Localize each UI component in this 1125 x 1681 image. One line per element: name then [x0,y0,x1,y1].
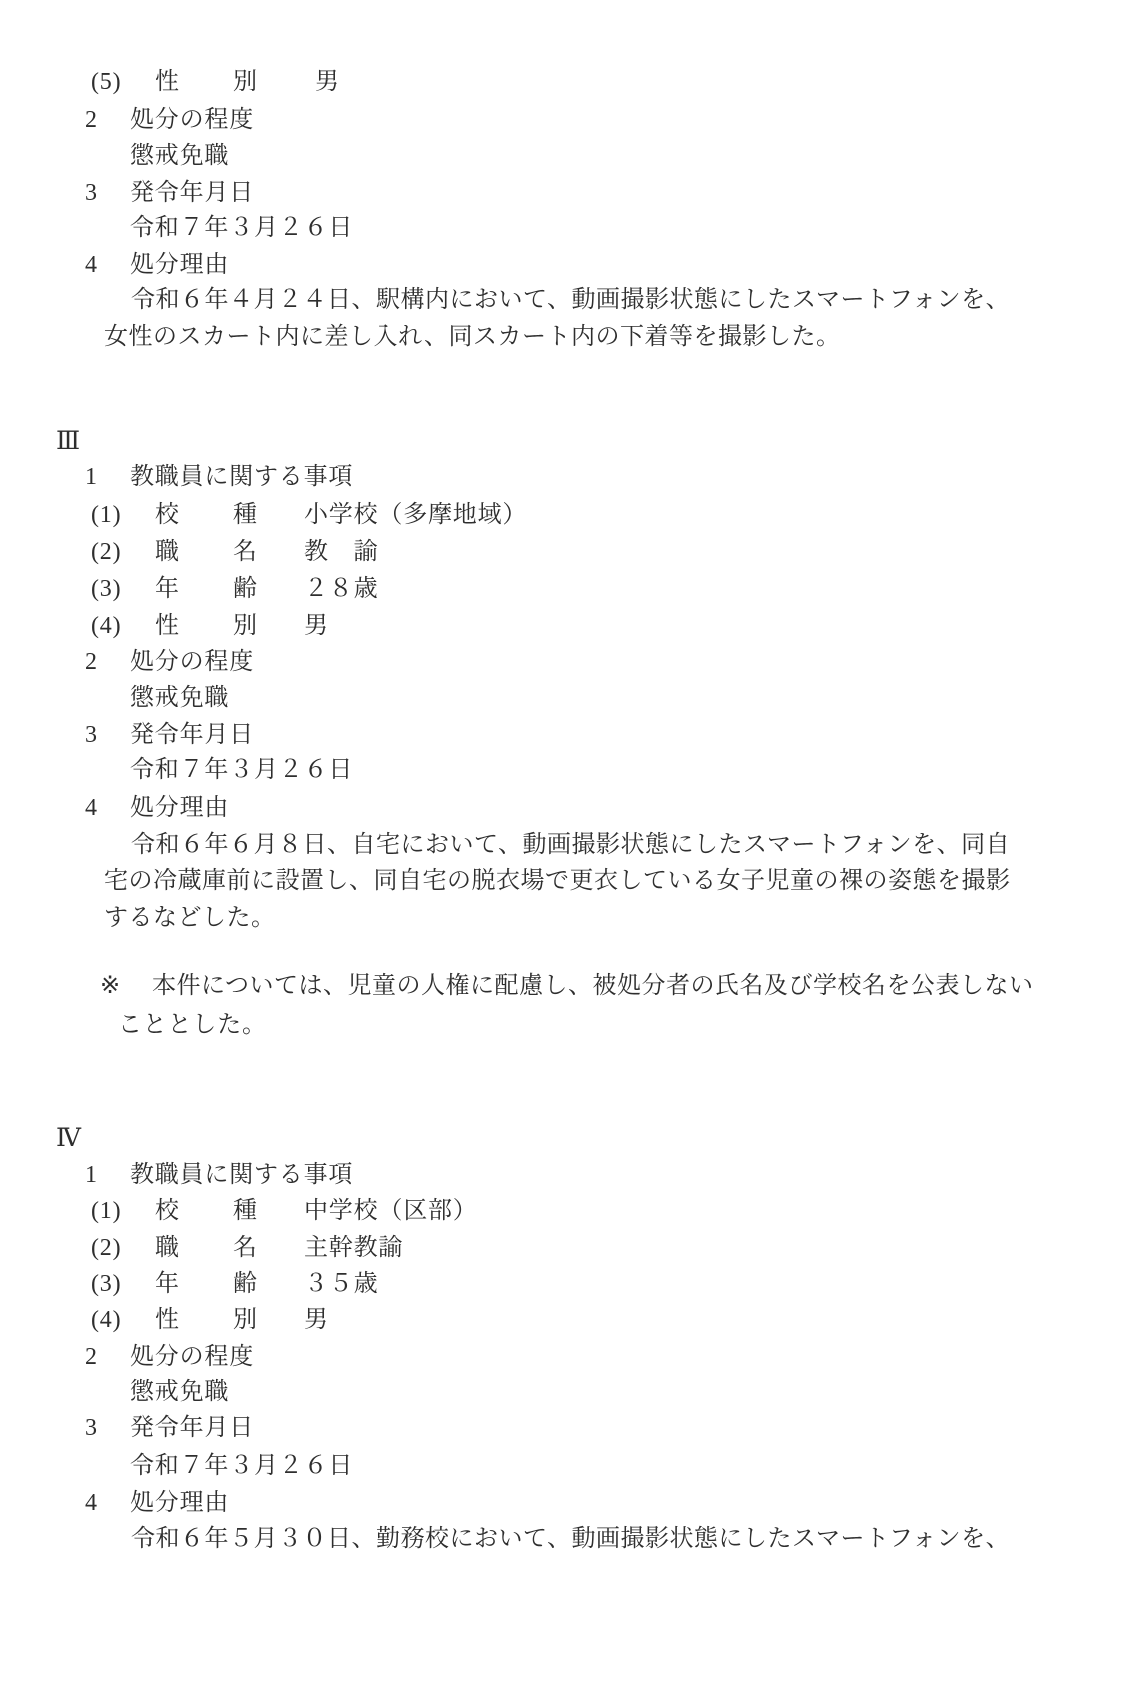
section-3-heading: Ⅲ [0,428,1125,460]
field-row-gender: (5) 性 別 男 [0,68,1125,100]
document-page: (5) 性 別 男 2 処分の程度 懲戒免職 3 発令年月日 令和７年３月２６日… [0,0,1125,1681]
disposition-degree-value: 懲戒免職 [0,1378,1125,1410]
field-row-gender: (4) 性 別 男 [0,612,1125,644]
paragraph-text: 令和６年４月２４日、駅構内において、動画撮影状態にしたスマートフォンを、 [131,286,1010,314]
field-value: 教 諭 [304,538,378,566]
reason-paragraph-line: するなどした。 [0,904,1125,936]
field-label-char2: 別 [233,68,258,96]
item-disposition-reason: 4 処分理由 [0,251,1125,283]
field-row-age: (3) 年 齢 ２８歳 [0,575,1125,607]
field-row-job-title: (2) 職 名 教 諭 [0,538,1125,570]
item-number: 2 [85,648,98,676]
item-issue-date: 3 発令年月日 [0,1414,1125,1446]
field-label-char1: 年 [155,575,180,603]
item-label: 教職員に関する事項 [130,1161,353,1189]
field-row-school-type: (1) 校 種 中学校（区部） [0,1197,1125,1229]
privacy-note-line: ※ 本件については、児童の人権に配慮し、被処分者の氏名及び学校名を公表しない [0,972,1125,1004]
field-label-char1: 職 [155,538,180,566]
field-label-char2: 種 [233,501,258,529]
value-text: 令和７年３月２６日 [130,1452,353,1480]
item-disposition-reason: 4 処分理由 [0,1489,1125,1521]
field-number: (5) [91,68,121,96]
field-row-age: (3) 年 齢 ３５歳 [0,1270,1125,1302]
item-label: 発令年月日 [130,179,254,207]
item-number: 2 [85,106,98,134]
item-number: 1 [85,1161,98,1189]
note-text: こととした。 [118,1011,267,1039]
item-label: 処分の程度 [130,106,254,134]
reason-paragraph-line: 令和６年５月３０日、勤務校において、動画撮影状態にしたスマートフォンを、 [0,1525,1125,1557]
item-number: 3 [85,179,98,207]
issue-date-value: 令和７年３月２６日 [0,1452,1125,1484]
value-text: 令和７年３月２６日 [130,756,353,784]
field-label-char1: 性 [155,1306,180,1334]
field-label-char2: 齢 [233,1270,258,1298]
item-label: 処分の程度 [130,1343,254,1371]
field-number: (2) [91,1234,121,1262]
paragraph-text: 令和６年５月３０日、勤務校において、動画撮影状態にしたスマートフォンを、 [131,1525,1010,1553]
field-label-char2: 名 [233,1234,258,1262]
item-label: 発令年月日 [130,1414,254,1442]
field-number: (4) [91,1306,121,1334]
field-value: ２８歳 [304,575,378,603]
field-number: (1) [91,1197,121,1225]
field-value: 小学校（多摩地域） [304,501,527,529]
item-number: 4 [85,251,98,279]
item-number: 1 [85,463,98,491]
section-numeral: Ⅳ [56,1125,82,1153]
reference-mark: ※ [100,972,121,1000]
field-number: (3) [91,1270,121,1298]
field-number: (1) [91,501,121,529]
issue-date-value: 令和７年３月２６日 [0,214,1125,246]
field-label-char1: 職 [155,1234,180,1262]
item-number: 2 [85,1343,98,1371]
section-4-heading: Ⅳ [0,1125,1125,1157]
item-disposition-degree: 2 処分の程度 [0,648,1125,680]
item-label: 処分の程度 [130,648,254,676]
issue-date-value: 令和７年３月２６日 [0,756,1125,788]
field-label-char1: 年 [155,1270,180,1298]
paragraph-text: するなどした。 [104,904,276,932]
field-label-char2: 別 [233,612,258,640]
value-text: 懲戒免職 [130,684,229,712]
item-label: 処分理由 [130,794,229,822]
item-number: 4 [85,794,98,822]
field-label-char1: 校 [155,501,180,529]
value-text: 懲戒免職 [130,142,229,170]
field-label-char1: 性 [155,68,180,96]
item-disposition-degree: 2 処分の程度 [0,106,1125,138]
item-disposition-reason: 4 処分理由 [0,794,1125,826]
item-staff-info: 1 教職員に関する事項 [0,463,1125,495]
field-value: ３５歳 [304,1270,378,1298]
disposition-degree-value: 懲戒免職 [0,684,1125,716]
field-number: (4) [91,612,121,640]
field-label-char2: 齢 [233,575,258,603]
item-number: 3 [85,1414,98,1442]
field-number: (2) [91,538,121,566]
field-value: 主幹教諭 [304,1234,403,1262]
reason-paragraph-line: 令和６年４月２４日、駅構内において、動画撮影状態にしたスマートフォンを、 [0,286,1125,318]
item-label: 処分理由 [130,251,229,279]
reason-paragraph-line: 宅の冷蔵庫前に設置し、同自宅の脱衣場で更衣している女子児童の裸の姿態を撮影 [0,867,1125,899]
privacy-note-line: こととした。 [0,1011,1125,1043]
value-text: 懲戒免職 [130,1378,229,1406]
section-numeral: Ⅲ [56,428,81,456]
paragraph-text: 宅の冷蔵庫前に設置し、同自宅の脱衣場で更衣している女子児童の裸の姿態を撮影 [104,867,1011,895]
field-row-school-type: (1) 校 種 小学校（多摩地域） [0,501,1125,533]
paragraph-text: 令和６年６月８日、自宅において、動画撮影状態にしたスマートフォンを、同自 [131,831,1010,859]
field-value: 男 [315,68,340,96]
item-label: 教職員に関する事項 [130,463,353,491]
field-label-char1: 性 [155,612,180,640]
field-value: 男 [304,1306,329,1334]
value-text: 令和７年３月２６日 [130,214,353,242]
item-label: 発令年月日 [130,721,254,749]
field-label-char2: 種 [233,1197,258,1225]
item-label: 処分理由 [130,1489,229,1517]
item-number: 3 [85,721,98,749]
paragraph-text: 女性のスカート内に差し入れ、同スカート内の下着等を撮影した。 [104,323,840,351]
reason-paragraph-line: 令和６年６月８日、自宅において、動画撮影状態にしたスマートフォンを、同自 [0,831,1125,863]
item-staff-info: 1 教職員に関する事項 [0,1161,1125,1193]
field-label-char2: 別 [233,1306,258,1334]
field-number: (3) [91,575,121,603]
item-issue-date: 3 発令年月日 [0,721,1125,753]
disposition-degree-value: 懲戒免職 [0,142,1125,174]
field-value: 中学校（区部） [304,1197,478,1225]
field-row-job-title: (2) 職 名 主幹教諭 [0,1234,1125,1266]
field-value: 男 [304,612,329,640]
item-disposition-degree: 2 処分の程度 [0,1343,1125,1375]
item-number: 4 [85,1489,98,1517]
reason-paragraph-line: 女性のスカート内に差し入れ、同スカート内の下着等を撮影した。 [0,323,1125,355]
item-issue-date: 3 発令年月日 [0,179,1125,211]
note-text: 本件については、児童の人権に配慮し、被処分者の氏名及び学校名を公表しない [152,972,1034,1000]
field-label-char1: 校 [155,1197,180,1225]
field-label-char2: 名 [233,538,258,566]
field-row-gender: (4) 性 別 男 [0,1306,1125,1338]
